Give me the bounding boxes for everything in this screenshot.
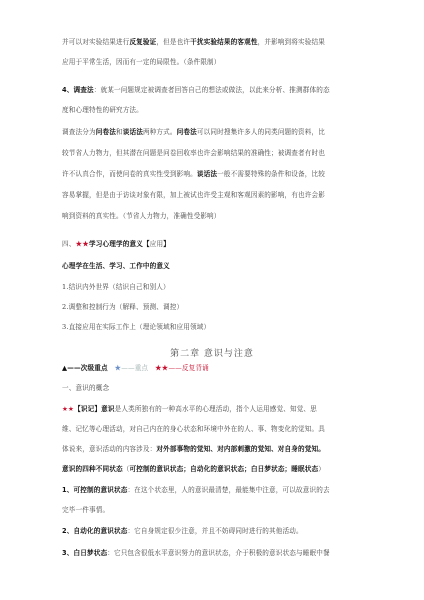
meaning-item-2: 2.调整和控制行为（解释、预测、调控） — [62, 303, 183, 312]
state-item-2: 2、自动化的意识状态：它自身规定很少注意，并且不妨碍同时进行的其他活动。 — [62, 527, 303, 536]
legend-line: ▲——次级重点 ★——重点 ★★——反复背诵 — [62, 364, 209, 373]
bold-text: 意识的四种不同状态 — [62, 465, 123, 473]
legend-label: ——反复背诵 — [168, 364, 208, 372]
concept-line-2: 维、记忆等心理活动，对自己内在的身心状态和环境中外在的人、事、物变化的觉知。具 — [62, 425, 325, 434]
text: 体说来，意识活动的内容涉及： — [62, 445, 156, 453]
tag-label: 【识记】 — [74, 405, 101, 413]
text: 一般不需要特殊的条件和设备，比较 — [217, 170, 325, 178]
section-number: 四、 — [62, 240, 76, 248]
state-item-1-cont: 完毕一件事情。 — [62, 506, 109, 515]
concept-line-1: ★★【识记】意识是人类所独有的一种高水平的心理活动，指个人运用感觉、知觉、思 — [62, 405, 317, 414]
term-interview: 谈话法 — [197, 170, 217, 178]
term-questionnaire: 问卷法 — [177, 128, 197, 136]
text: 和 — [116, 128, 123, 136]
survey-line-7: 响到资料的真实性。（节省人力物力，准确性受影响） — [62, 212, 221, 221]
bold-text: 干扰实验结果的客观性 — [190, 38, 257, 46]
text: ） — [318, 465, 325, 473]
text: ：在这个状态里，人的意识最清楚，最能集中注意，可以故意识的去 — [127, 486, 329, 494]
meaning-item-3: 3.直接应用在实际工作上（理论领域和应用领域） — [62, 323, 210, 332]
states-heading: 意识的四种不同状态（可控制的意识状态；自动化的意识状态；白日梦状态；睡眠状态） — [62, 465, 325, 474]
legend-label: ——次级重点 — [67, 364, 107, 372]
text: ：就某一问题规定被调查者回答自己的想法或做法，以此来分析、推测群体的态 — [94, 86, 330, 94]
state-term: 自动化的意识状态 — [73, 527, 127, 535]
star-icon: ★★ — [76, 240, 90, 248]
concept-heading: 一、意识的概念 — [62, 384, 109, 393]
survey-line-2: 度和心理特性的研究方法。 — [62, 106, 143, 115]
state-term: 可控制的意识状态 — [73, 486, 127, 494]
item-number: 1、 — [62, 486, 73, 494]
section-title: 学习心理学的意义 — [89, 240, 143, 248]
text: 可以同时搜集许多人的同类问题的资料，比 — [197, 128, 325, 136]
state-item-3: 3、白日梦状态：它只包含很低水平意识努力的意识状态，介于积极的意识状态与睡眠中餐 — [62, 549, 330, 558]
state-item-1: 1、可控制的意识状态：在这个状态里，人的意识最清楚，最能集中注意，可以故意识的去 — [62, 486, 330, 495]
bold-text: 对外部事物的觉知、对内部刺激的觉知、对自身的觉知。 — [156, 445, 325, 453]
bold-text: 反复验证 — [129, 38, 156, 46]
text: 是人类所独有的一种高水平的心理活动，指个人运用感觉、知觉、思 — [115, 405, 317, 413]
item-number: 4、 — [62, 86, 73, 94]
section-4-heading: 四、★★学习心理学的意义【应用】 — [62, 240, 170, 249]
survey-line-6: 容易掌握，但是由于访谈对象有限，加上被试也许受主观和客观因素的影响，有也许会影 — [62, 191, 325, 200]
chapter-title: 第二章 意识与注意 — [62, 346, 362, 359]
term-interview: 谈话法 — [123, 128, 143, 136]
survey-line-1: 4、调查法：就某一问题规定被调查者回答自己的想法或做法，以此来分析、推测群体的态 — [62, 86, 330, 95]
text: 许不认真合作，而使问卷的真实性受到影响。 — [62, 170, 197, 178]
text: 并可以对实验结果进行 — [62, 38, 129, 46]
text: ，但是也许 — [156, 38, 190, 46]
survey-line-5: 许不认真合作，而使问卷的真实性受到影响。谈话法一般不需要特殊的条件和设备，比较 — [62, 170, 325, 179]
tag-label: 应用 — [150, 240, 164, 248]
meaning-item-1: 1.结识内外世界（结识自己和别人） — [62, 283, 170, 292]
state-term: 白日梦状态 — [73, 549, 107, 557]
term-survey: 调查法 — [73, 86, 93, 94]
legend-label: ——重点 — [121, 364, 148, 372]
term-consciousness: 意识 — [101, 405, 115, 413]
survey-line-3: 调查法分为问卷法和谈话法两种方式。问卷法可以同时搜集许多人的同类问题的资料，比 — [62, 128, 325, 137]
paragraph-experiment-line-1: 并可以对实验结果进行反复验证，但是也许干扰实验结果的客观性，并影响到将实验结果 — [62, 38, 325, 47]
paragraph-experiment-line-2: 应用于平常生活，因而有一定的局限性。（条件限制） — [62, 58, 221, 67]
text: ：它只包含很低水平意识努力的意识状态，介于积极的意识状态与睡眠中餐 — [107, 549, 330, 557]
text: ：它自身规定很少注意，并且不妨碍同时进行的其他活动。 — [127, 527, 302, 535]
star-icon: ★★ — [155, 364, 169, 372]
concept-line-3: 体说来，意识活动的内容涉及：对外部事物的觉知、对内部刺激的觉知、对自身的觉知。 — [62, 445, 325, 454]
item-number: 3、 — [62, 549, 73, 557]
star-icon: ★★ — [62, 405, 74, 413]
item-number: 2、 — [62, 527, 73, 535]
meaning-heading: 心理学在生活、学习、工作中的意义 — [62, 262, 170, 271]
term-questionnaire: 问卷法 — [96, 128, 116, 136]
bold-text: 可控制的意识状态；自动化的意识状态；白日梦状态；睡眠状态 — [129, 465, 318, 473]
bracket: 【 — [143, 240, 150, 248]
text: 两种方式。 — [143, 128, 177, 136]
survey-line-4: 较节省人力物力，但其潜在问题是问卷回收率也许会影响结果的准确性；被调查者有时也 — [62, 149, 325, 158]
text: 调查法分为 — [62, 128, 96, 136]
bracket: 】 — [163, 240, 170, 248]
text: ，并影响到将实验结果 — [258, 38, 325, 46]
